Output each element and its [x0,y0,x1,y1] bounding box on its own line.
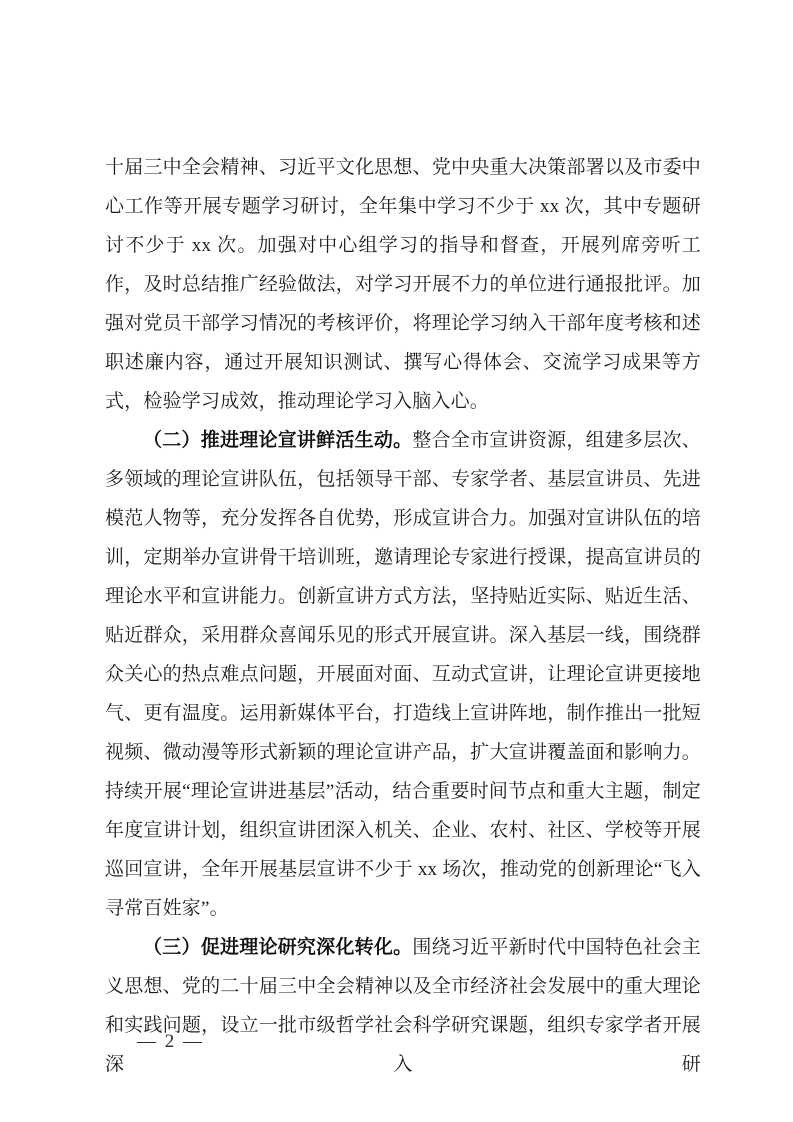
paragraph-section-2: （二）推进理论宣讲鲜活生动。整合全市宣讲资源，组建多层次、多领域的理论宣讲队伍，… [105,421,701,928]
paragraph-continuation: 十届三中全会精神、习近平文化思想、党中央重大决策部署以及市委中心工作等开展专题学… [105,148,701,421]
document-page: 十届三中全会精神、习近平文化思想、党中央重大决策部署以及市委中心工作等开展专题学… [0,0,793,1122]
paragraph-text: 十届三中全会精神、习近平文化思想、党中央重大决策部署以及市委中心工作等开展专题学… [105,157,701,412]
paragraph-heading: （二）推进理论宣讲鲜活生动。 [143,430,412,451]
document-body: 十届三中全会精神、习近平文化思想、党中央重大决策部署以及市委中心工作等开展专题学… [105,148,701,1084]
page-number: — 2 — [137,1028,204,1056]
paragraph-heading: （三）促进理论研究深化转化。 [143,937,412,958]
paragraph-text: 整合全市宣讲资源，组建多层次、多领域的理论宣讲队伍，包括领导干部、专家学者、基层… [105,430,701,919]
paragraph-section-3: （三）促进理论研究深化转化。围绕习近平新时代中国特色社会主义思想、党的二十届三中… [105,928,701,1084]
